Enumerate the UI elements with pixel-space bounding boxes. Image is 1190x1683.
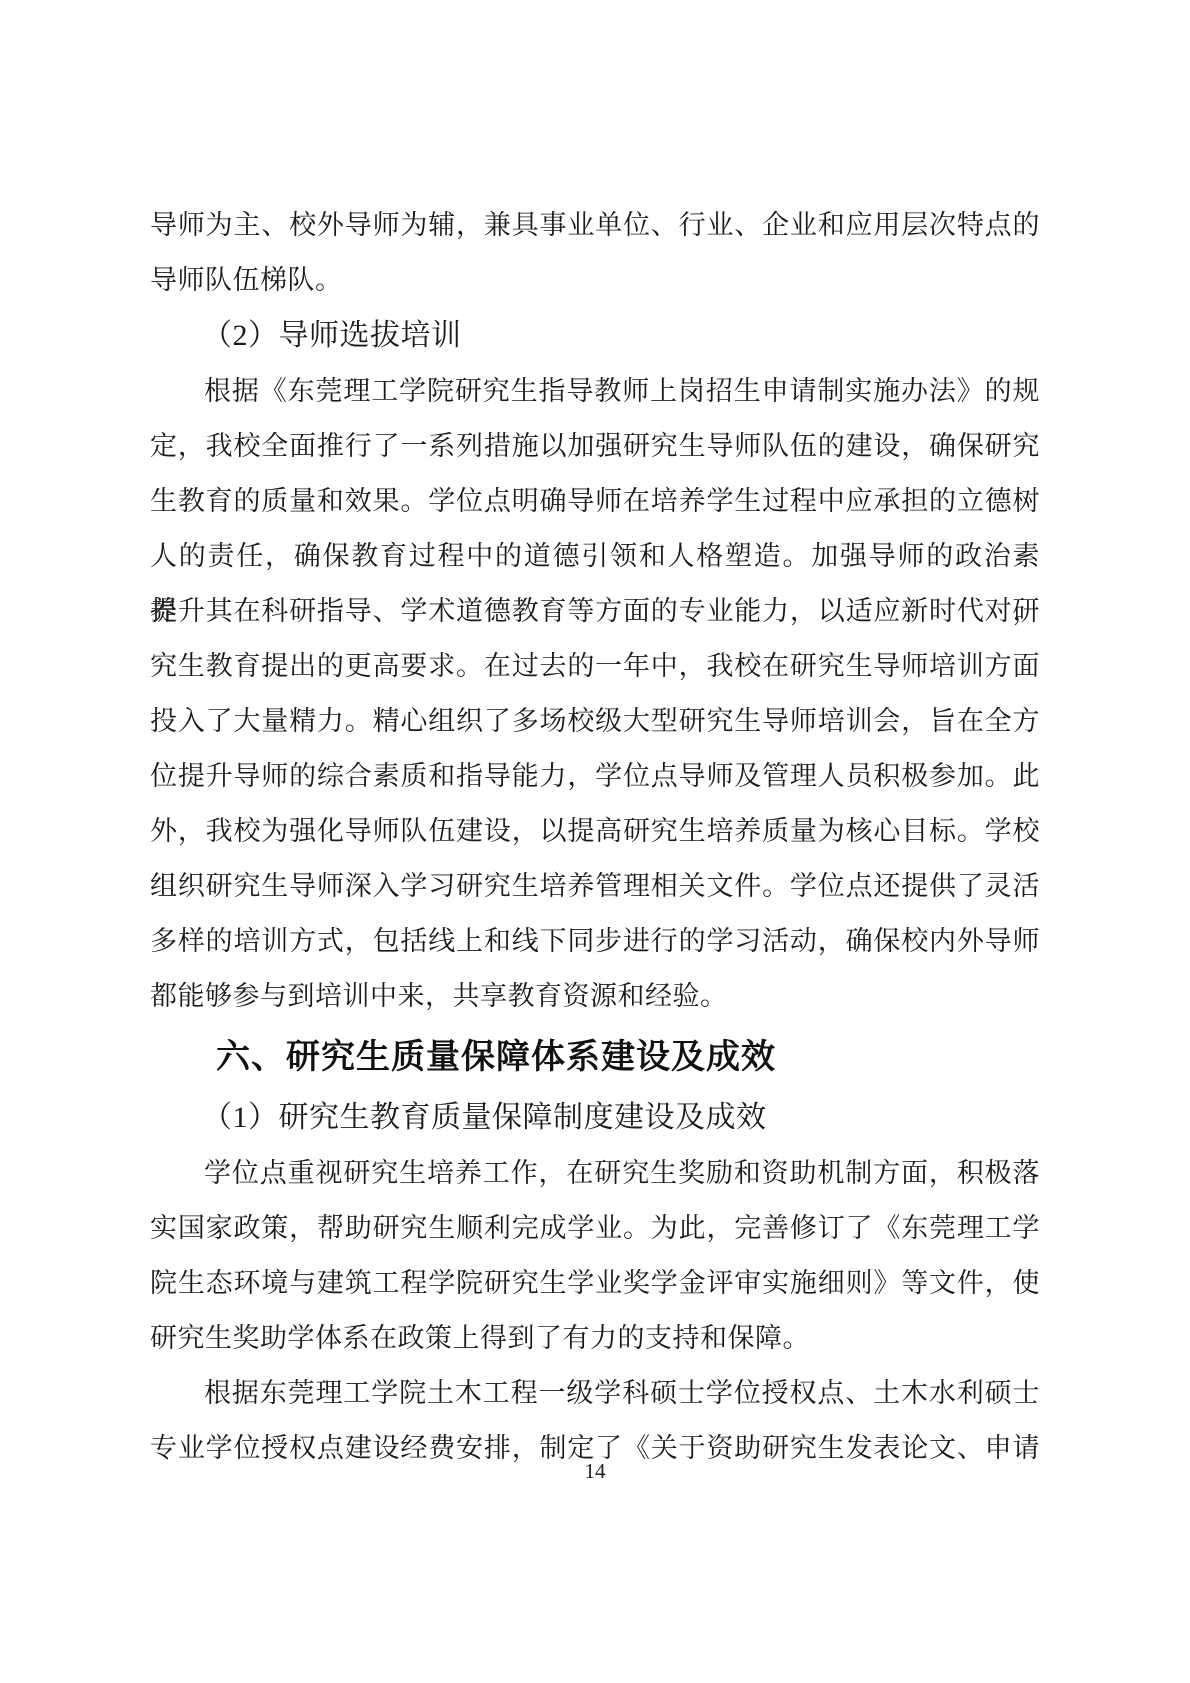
body-line: 投入了大量精力。精心组织了多场校级大型研究生导师培训会，旨在全方 bbox=[150, 694, 1040, 749]
paragraph-first-line: 根据东莞理工学院土木工程一级学科硕士学位授权点、土木水利硕士 bbox=[150, 1366, 1040, 1421]
body-line: 多样的培训方式，包括线上和线下同步进行的学习活动，确保校内外导师 bbox=[150, 914, 1040, 969]
paragraph-first-line: 学位点重视研究生培养工作，在研究生奖励和资助机制方面，积极落 bbox=[150, 1146, 1040, 1201]
body-line: 都能够参与到培训中来，共享教育资源和经验。 bbox=[150, 969, 1040, 1024]
subsection-heading: （1）研究生教育质量保障制度建设及成效 bbox=[150, 1090, 1040, 1146]
body-line: 生教育的质量和效果。学位点明确导师在培养学生过程中应承担的立德树 bbox=[150, 474, 1040, 529]
body-line: 提升其在科研指导、学术道德教育等方面的专业能力，以适应新时代对研 bbox=[150, 584, 1040, 639]
body-line: 组织研究生导师深入学习研究生培养管理相关文件。学位点还提供了灵活 bbox=[150, 859, 1040, 914]
body-line: 院生态环境与建筑工程学院研究生学业奖学金评审实施细则》等文件，使 bbox=[150, 1256, 1040, 1311]
body-line: 实国家政策，帮助研究生顺利完成学业。为此，完善修订了《东莞理工学 bbox=[150, 1201, 1040, 1256]
body-line: 研究生奖助学体系在政策上得到了有力的支持和保障。 bbox=[150, 1311, 1040, 1366]
document-page: 导师为主、校外导师为辅，兼具事业单位、行业、企业和应用层次特点的 导师队伍梯队。… bbox=[0, 0, 1190, 1683]
body-line: 定，我校全面推行了一系列措施以加强研究生导师队伍的建设，确保研究 bbox=[150, 419, 1040, 474]
body-line: 究生教育提出的更高要求。在过去的一年中，我校在研究生导师培训方面 bbox=[150, 639, 1040, 694]
body-line: 位提升导师的综合素质和指导能力，学位点导师及管理人员积极参加。此 bbox=[150, 749, 1040, 804]
document-body: 导师为主、校外导师为辅，兼具事业单位、行业、企业和应用层次特点的 导师队伍梯队。… bbox=[150, 198, 1040, 1476]
subsection-heading: （2）导师选拔培训 bbox=[150, 308, 1040, 364]
body-line: 外，我校为强化导师队伍建设，以提高研究生培养质量为核心目标。学校 bbox=[150, 804, 1040, 859]
page-number: 14 bbox=[0, 1456, 1190, 1486]
section-heading: 六、研究生质量保障体系建设及成效 bbox=[150, 1024, 1040, 1090]
body-line: 导师为主、校外导师为辅，兼具事业单位、行业、企业和应用层次特点的 bbox=[150, 198, 1040, 253]
paragraph-first-line: 根据《东莞理工学院研究生指导教师上岗招生申请制实施办法》的规 bbox=[150, 364, 1040, 419]
body-line: 导师队伍梯队。 bbox=[150, 253, 1040, 308]
body-line: 人的责任，确保教育过程中的道德引领和人格塑造。加强导师的政治素养， bbox=[150, 529, 1040, 584]
